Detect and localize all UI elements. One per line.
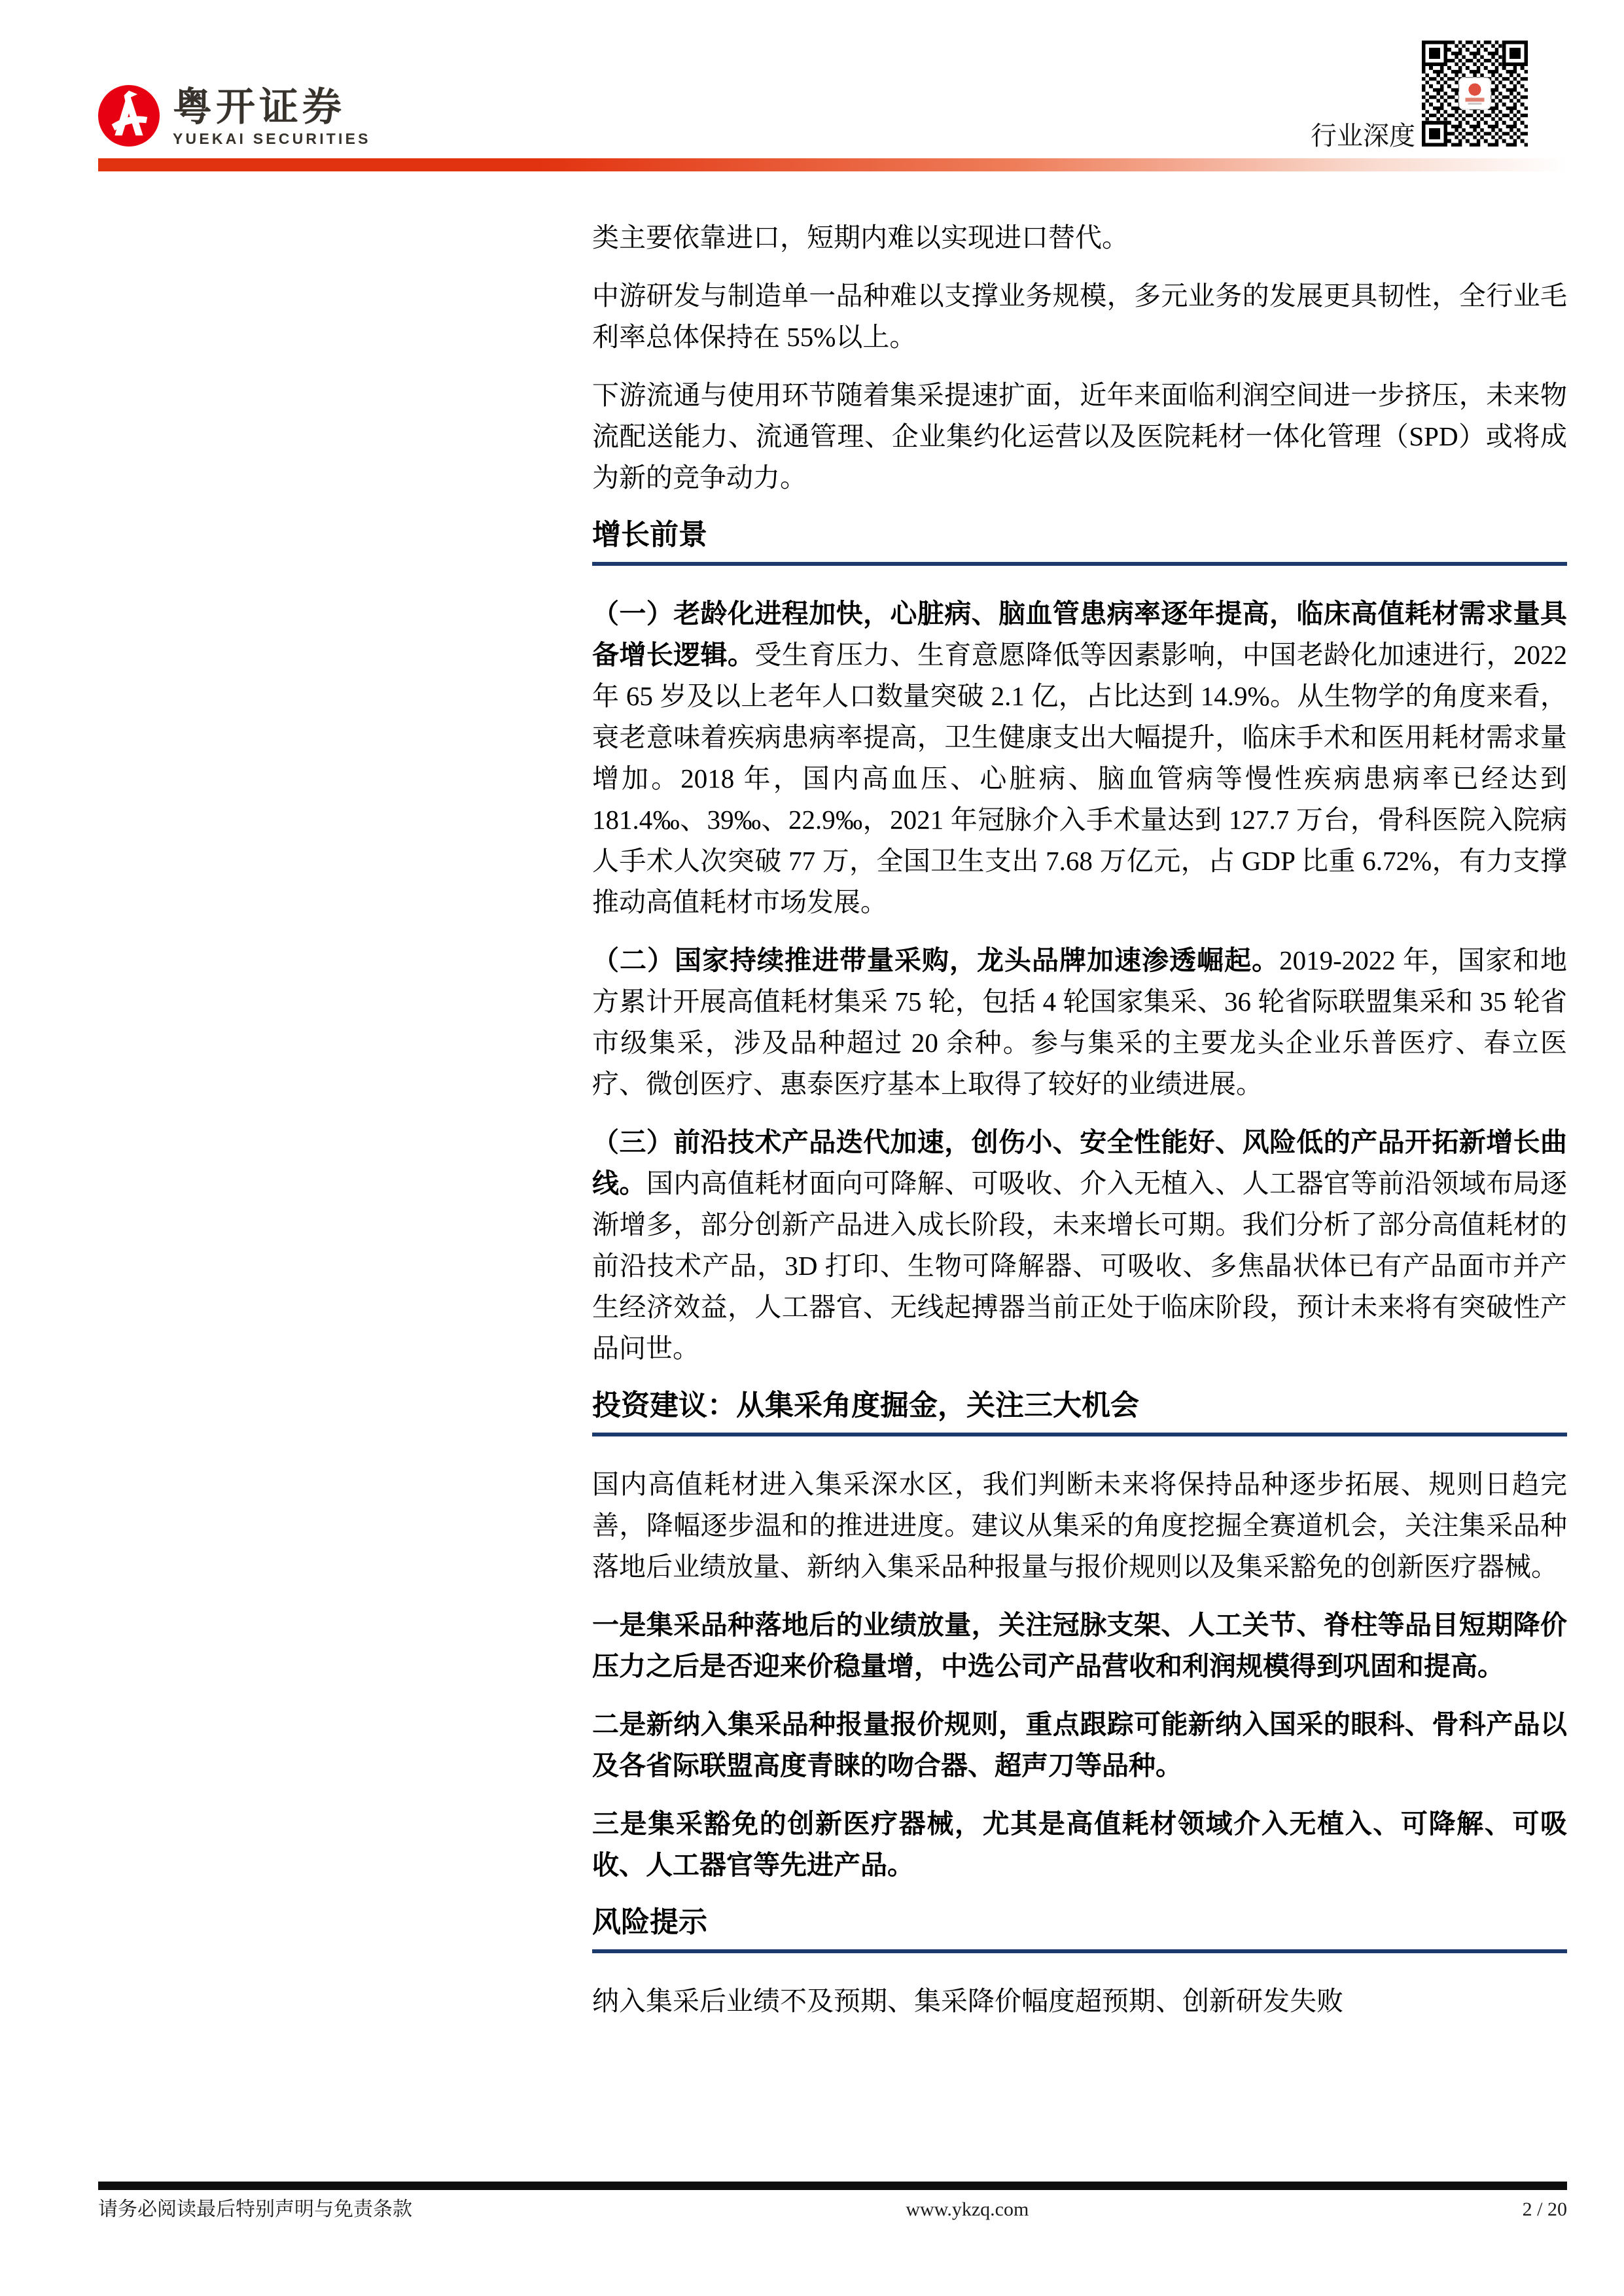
section-heading-growth-outlook: 增长前景 [592, 517, 1567, 566]
brand-logo: 粤开证券 YUEKAI SECURITIES [98, 85, 371, 147]
qr-code [1422, 41, 1528, 147]
paragraph-opportunity-1: 一是集采品种落地后的业绩放量，关注冠脉支架、人工关节、脊柱等品目短期降价压力之后… [592, 1605, 1567, 1687]
qr-center-logo [1459, 78, 1491, 109]
footer: 请务必阅读最后特别声明与免责条款 2 / 20 www.ykzq.com [98, 2195, 1567, 2224]
brand-name-chinese: 粤开证券 [173, 86, 371, 128]
paragraph-point-3-body: 国内高值耗材面向可降解、可吸收、介入无植入、人工器官等前沿领域布局逐渐增多，部分… [592, 1168, 1567, 1363]
footer-divider-bar [98, 2182, 1567, 2190]
brand-name-english: YUEKAI SECURITIES [173, 130, 371, 147]
paragraph-opportunity-2: 二是新纳入集采品种报量报价规则，重点跟踪可能新纳入国采的眼科、骨科产品以及各省际… [592, 1704, 1567, 1786]
section-heading-investment-advice: 投资建议：从集采角度掘金，关注三大机会 [592, 1387, 1567, 1436]
footer-page-number: 2 / 20 [1523, 2195, 1567, 2224]
report-page: 粤开证券 YUEKAI SECURITIES 行业深度 [0, 0, 1624, 2296]
paragraph-point-3: （三）前沿技术产品迭代加速，创伤小、安全性能好、风险低的产品开拓新增长曲线。国内… [592, 1122, 1567, 1369]
report-type-label: 行业深度 [1311, 122, 1415, 150]
yuekai-logo-icon [98, 85, 160, 147]
paragraph-point-2: （二）国家持续推进带量采购，龙头品牌加速渗透崛起。2019-2022 年，国家和… [592, 940, 1567, 1105]
paragraph-risks: 纳入集采后业绩不及预期、集采降价幅度超预期、创新研发失败 [592, 1981, 1567, 2022]
paragraph-carryover: 类主要依靠进口，短期内难以实现进口替代。 [592, 217, 1567, 258]
paragraph-midstream: 中游研发与制造单一品种难以支撑业务规模，多元业务的发展更具韧性，全行业毛利率总体… [592, 275, 1567, 358]
paragraph-downstream: 下游流通与使用环节随着集采提速扩面，近年来面临利润空间进一步挤压，未来物流配送能… [592, 375, 1567, 498]
brand-text: 粤开证券 YUEKAI SECURITIES [173, 85, 371, 147]
body-column: 类主要依靠进口，短期内难以实现进口替代。 中游研发与制造单一品种难以支撑业务规模… [592, 217, 1567, 2039]
paragraph-point-2-lead: （二）国家持续推进带量采购，龙头品牌加速渗透崛起。 [592, 945, 1279, 975]
paragraph-point-1-body: 受生育压力、生育意愿降低等因素影响，中国老龄化加速进行，2022 年 65 岁及… [592, 640, 1567, 917]
footer-disclaimer: 请务必阅读最后特别声明与免责条款 [98, 2195, 412, 2224]
paragraph-opportunity-3: 三是集采豁免的创新医疗器械，尤其是高值耗材领域介入无植入、可降解、可吸收、人工器… [592, 1803, 1567, 1886]
paragraph-advice-intro: 国内高值耗材进入集采深水区，我们判断未来将保持品种逐步拓展、规则日趋完善，降幅逐… [592, 1464, 1567, 1588]
paragraph-point-1: （一）老龄化进程加快，心脏病、脑血管患病率逐年提高，临床高值耗材需求量具备增长逻… [592, 593, 1567, 923]
section-heading-risk-warning: 风险提示 [592, 1904, 1567, 1953]
header-accent-bar [98, 158, 1567, 171]
